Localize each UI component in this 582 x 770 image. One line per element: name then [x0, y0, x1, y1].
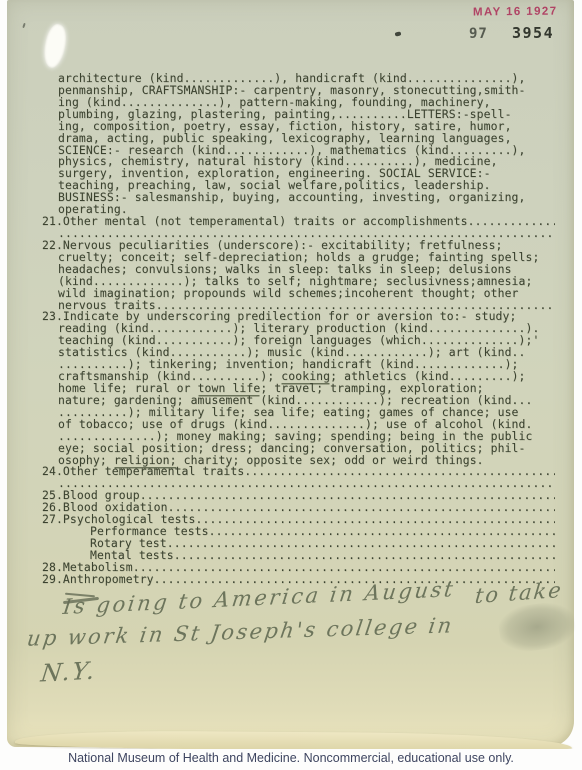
ink-speck [395, 31, 402, 36]
page-number-stamp: 97 [469, 26, 488, 42]
attribution-caption: National Museum of Health and Medicine. … [0, 749, 582, 767]
handwriting-line-2: up work in St Joseph's college in [25, 613, 455, 651]
scanned-document: MAY 16 1927 97 3954 architecture (kind..… [0, 0, 582, 770]
paper-page: MAY 16 1927 97 3954 architecture (kind..… [7, 0, 574, 747]
ink-speck [22, 23, 25, 28]
typed-form-text: architecture (kind.............), handic… [42, 73, 555, 587]
handwriting-line-3: N.Y. [39, 656, 98, 687]
file-number-stamp: 3954 [512, 25, 554, 42]
paper-tear-hole [40, 22, 69, 69]
date-stamp: MAY 16 1927 [473, 5, 558, 20]
pencil-smudge [496, 599, 578, 655]
